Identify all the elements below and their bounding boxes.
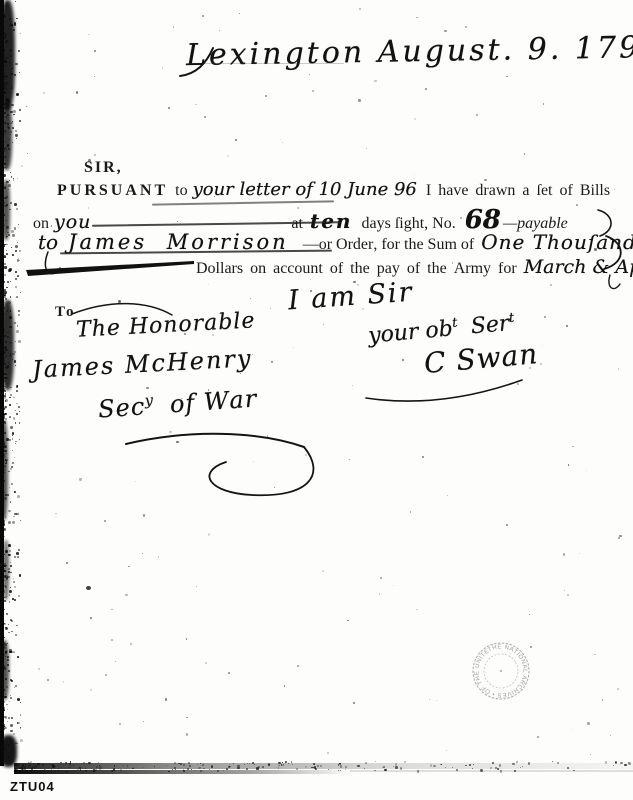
scan-speck (297, 665, 299, 667)
scan-speck (9, 590, 12, 593)
scan-speck (10, 202, 12, 204)
scan-speck (9, 416, 11, 418)
scan-edge-blob (1, 300, 14, 390)
scan-speck (173, 26, 175, 28)
scan-speck (265, 95, 267, 97)
scan-speck (19, 574, 22, 577)
scan-speck (10, 730, 13, 733)
scan-edge-blob (2, 180, 10, 240)
scan-speck (16, 403, 18, 405)
scan-speck (119, 723, 121, 725)
scan-speck (366, 148, 367, 149)
scan-speck (15, 278, 17, 280)
scan-speck (94, 50, 96, 52)
scan-speck (10, 565, 12, 567)
scan-speck (6, 613, 8, 615)
scan-speck (142, 553, 143, 554)
scan-speck (21, 165, 23, 167)
scan-speck (235, 139, 237, 141)
scan-speck (118, 300, 121, 303)
scan-speck (12, 142, 13, 143)
scan-speck (135, 481, 136, 482)
scan-edge-blob (1, 100, 12, 170)
scan-speck (88, 34, 90, 36)
scan-speck (146, 387, 148, 389)
scan-speck (9, 601, 10, 602)
scan-speck (250, 298, 251, 299)
scan-speck (4, 536, 5, 537)
scan-speck (16, 93, 19, 96)
scan-speck (17, 178, 18, 179)
scan-speck (11, 247, 12, 248)
scan-speck (204, 116, 206, 118)
scan-speck (9, 701, 10, 702)
closing-text: Ser (470, 311, 511, 339)
scan-speck (9, 550, 11, 552)
scan-speck (18, 50, 20, 52)
scan-speck (165, 698, 168, 701)
scan-speck (9, 439, 11, 441)
scan-speck (47, 679, 49, 681)
scan-speck (8, 632, 9, 633)
scan-speck (13, 397, 14, 398)
drawn-bills-text: I have drawn a ſet of Bills (426, 182, 610, 200)
scan-speck (506, 524, 508, 526)
scan-speck (66, 562, 68, 564)
scan-artifact-line (186, 63, 344, 64)
scan-speck (322, 570, 324, 572)
scan-speck (576, 204, 578, 206)
scan-speck (186, 638, 188, 640)
scan-speck (15, 422, 16, 423)
scan-speck (6, 244, 7, 245)
amount-handwritten: One Thouſand (481, 230, 633, 254)
scan-speck (16, 413, 18, 415)
scan-speck (20, 739, 23, 742)
scan-speck (19, 250, 21, 252)
scan-speck (444, 30, 447, 33)
scan-speck (19, 439, 20, 440)
scan-speck (267, 435, 268, 436)
scan-speck (111, 639, 113, 641)
scan-speck (15, 341, 16, 342)
scan-speck (327, 752, 329, 754)
scan-edge-blob (0, 640, 9, 700)
svg-text:THE NATIONAL ARCHIVES • OF THE: THE NATIONAL ARCHIVES • OF THE UNITED ST… (446, 616, 538, 724)
scan-speck (465, 26, 467, 28)
scan-speck (15, 245, 18, 248)
scan-speck (16, 552, 19, 555)
scan-speck (20, 714, 22, 716)
scan-speck (410, 511, 411, 512)
scan-speck (13, 179, 14, 180)
scan-speck (414, 174, 415, 175)
scan-speck (10, 724, 13, 727)
scan-speck (240, 373, 241, 374)
scan-speck (590, 754, 591, 755)
months-handwritten: March & April 96 (524, 256, 633, 278)
scan-speck (17, 495, 20, 498)
scan-speck (517, 383, 519, 385)
closing-i-am-sir: I am Sir (287, 277, 414, 317)
scan-speck (10, 697, 12, 699)
scan-speck (402, 359, 404, 361)
scan-speck (15, 443, 16, 444)
scan-speck (10, 468, 12, 470)
dollars-account-text: Dollars on account of the pay of the Arm… (196, 260, 517, 278)
scan-speck (5, 393, 6, 394)
scan-speck (274, 487, 275, 488)
scan-speck (564, 590, 565, 591)
scan-speck (13, 516, 14, 517)
scan-speck (352, 385, 353, 386)
scan-speck (17, 656, 19, 658)
scan-speck (14, 360, 17, 363)
scan-speck (13, 114, 15, 116)
scan-speck (359, 8, 361, 10)
scan-speck (10, 172, 11, 173)
scan-speck (543, 103, 544, 104)
scan-speck (305, 454, 307, 456)
scan-speck (602, 699, 604, 701)
scan-speck (253, 461, 255, 463)
scan-speck (10, 501, 12, 503)
scan-speck (239, 13, 240, 14)
scan-bottom-edge (14, 763, 633, 769)
scan-speck (7, 281, 9, 283)
scan-speck (572, 446, 573, 447)
scan-speck (4, 266, 6, 268)
scan-speck (425, 88, 427, 90)
scan-speck (115, 661, 116, 662)
scan-speck (619, 535, 621, 537)
scan-speck (270, 308, 271, 309)
scan-speck (14, 556, 16, 558)
scan-speck (309, 74, 310, 75)
pursuant-word: PURSUANT (57, 182, 168, 200)
scan-speck (6, 250, 7, 251)
scan-speck (375, 761, 376, 762)
scan-speck (614, 189, 615, 190)
address-sec-of-war: Secy of War (97, 384, 258, 423)
scan-speck (16, 296, 18, 298)
scan-speck (11, 620, 13, 622)
scan-speck (540, 363, 542, 365)
scan-speck (14, 227, 16, 229)
scan-speck (11, 717, 13, 719)
scan-speck (550, 284, 552, 286)
scan-speck (27, 153, 28, 154)
scan-speck (14, 687, 15, 688)
scan-speck (15, 685, 17, 687)
scan-speck (15, 286, 17, 288)
scan-speck (6, 253, 8, 255)
body-line-1: PURSUANT to your letter of 10 June 96 I … (57, 179, 610, 200)
stamp-center-dot (499, 669, 502, 672)
scan-speck (19, 109, 21, 111)
scan-speck (8, 510, 10, 512)
scan-speck (169, 431, 172, 434)
scan-speck (130, 643, 132, 645)
scan-speck (11, 631, 12, 632)
scan-speck (13, 651, 15, 653)
scan-speck (567, 594, 569, 596)
scan-speck (20, 33, 21, 34)
scan-speck (6, 287, 8, 289)
scan-speck (105, 674, 107, 676)
scan-speck (566, 325, 568, 327)
scan-speck (16, 390, 18, 392)
scan-speck (19, 411, 20, 412)
scan-speck (8, 624, 9, 625)
scan-speck (618, 537, 620, 539)
scan-speck (14, 457, 15, 458)
scan-speck (447, 495, 448, 496)
image-code-label: ZTU04 (10, 779, 55, 794)
scan-speck (9, 594, 11, 596)
scan-speck (13, 733, 15, 735)
scan-speck (9, 649, 12, 652)
scan-speck (16, 330, 19, 333)
scan-speck (374, 80, 376, 82)
scan-speck (446, 750, 447, 751)
scan-speck (353, 702, 356, 705)
scan-speck (544, 316, 546, 318)
scan-speck (10, 426, 13, 429)
scan-speck (14, 203, 17, 206)
scan-speck (4, 263, 6, 265)
scan-speck (11, 230, 13, 232)
scan-speck (15, 365, 16, 366)
heavy-dash (26, 261, 194, 276)
scan-speck (7, 709, 8, 710)
scan-speck (76, 91, 78, 93)
scan-speck (15, 1, 16, 2)
address-honorable: The Honorable (75, 308, 256, 342)
scan-speck (476, 114, 478, 116)
salutation: SIR, (84, 159, 123, 177)
scan-speck (17, 275, 19, 277)
scan-speck (219, 30, 220, 31)
to-word: to (175, 182, 187, 200)
scan-speck (94, 154, 96, 156)
scan-speck (5, 727, 7, 729)
scan-speck (12, 438, 13, 439)
scan-speck (586, 470, 587, 471)
scan-speck (18, 314, 20, 316)
scan-speck (18, 258, 19, 259)
scan-edge-blob (0, 420, 8, 520)
scan-speck (168, 107, 170, 109)
scan-speck (9, 404, 11, 406)
scan-speck (20, 702, 21, 703)
to-handwritten: to (38, 230, 58, 254)
scan-speck (5, 418, 7, 420)
scan-speck (537, 736, 539, 738)
scan-speck (12, 462, 14, 464)
scan-speck (12, 254, 14, 256)
dateline-handwritten: Lexington August. 9. 1796 (186, 30, 633, 73)
scan-speck (90, 689, 92, 691)
scan-speck (26, 106, 27, 107)
scan-speck (349, 459, 351, 461)
scan-speck (568, 464, 569, 465)
scan-edge-blob (0, 0, 15, 110)
scan-speck (128, 566, 130, 568)
scan-speck (18, 310, 20, 312)
scan-speck (196, 586, 197, 587)
scan-speck (8, 269, 11, 272)
scan-speck (594, 654, 595, 655)
scan-speck (12, 435, 13, 436)
scan-speck (7, 721, 8, 722)
scan-speck (19, 120, 22, 123)
scan-speck (12, 234, 14, 236)
scan-speck (380, 577, 382, 579)
scan-speck (618, 368, 619, 369)
scan-speck (19, 72, 20, 73)
scan-speck (506, 76, 507, 77)
scan-speck (13, 417, 15, 419)
scan-speck (14, 586, 16, 588)
scan-edge-blob (3, 540, 9, 600)
scan-speck (11, 176, 13, 178)
scan-speck (15, 634, 17, 636)
scan-speck (228, 672, 231, 675)
scan-speck (20, 292, 21, 293)
scan-speck (20, 520, 21, 521)
scan-speck (186, 717, 187, 718)
scan-speck (10, 296, 12, 298)
scan-speck (195, 104, 197, 106)
superscript-y: y (144, 393, 154, 410)
scan-speck (162, 67, 163, 68)
scan-speck (16, 208, 18, 210)
scan-speck (280, 139, 281, 140)
scan-speck (436, 700, 437, 701)
scan-speck (12, 432, 15, 435)
scan-speck (18, 595, 20, 597)
scan-speck (227, 155, 229, 157)
scan-speck (16, 513, 18, 515)
scan-speck (12, 521, 14, 523)
scan-speck (610, 735, 611, 736)
scan-speck (8, 521, 11, 524)
scan-speck (11, 483, 13, 485)
scan-speck (16, 625, 18, 627)
scan-speck (271, 361, 273, 363)
scan-speck (18, 340, 21, 343)
scan-speck (9, 180, 10, 181)
scan-speck (12, 450, 13, 451)
scan-speck (5, 400, 6, 401)
scan-speck (524, 153, 525, 154)
scan-speck (143, 514, 145, 516)
scan-speck (358, 99, 360, 101)
scan-speck (15, 250, 17, 252)
scan-speck (158, 556, 159, 557)
scan-speck (587, 722, 590, 725)
closing-text: your ob (367, 316, 454, 348)
scan-speck (63, 681, 65, 683)
scan-speck (15, 441, 16, 442)
scan-speck (17, 743, 18, 744)
scan-speck (208, 533, 210, 535)
scan-speck (379, 593, 380, 594)
scan-speck (282, 142, 283, 143)
scan-speck (14, 491, 15, 492)
scan-speck (529, 614, 530, 615)
scan-speck (4, 291, 7, 294)
scan-speck (20, 727, 21, 728)
scan-speck (205, 662, 207, 664)
scan-speck (10, 281, 11, 282)
scan-speck (202, 15, 204, 17)
scan-speck (13, 178, 14, 179)
scan-speck (416, 609, 418, 611)
scan-speck (86, 586, 91, 590)
scan-speck (90, 617, 92, 619)
scan-speck (111, 609, 112, 610)
signature-c-swan: C Swan (423, 337, 540, 380)
scan-speck (15, 134, 17, 136)
address-text: Sec (97, 392, 146, 423)
scan-speck (422, 456, 423, 457)
scan-speck (9, 487, 10, 488)
scan-speck (79, 478, 81, 480)
address-text: of War (169, 384, 258, 418)
scan-speck (6, 704, 8, 706)
scan-speck (16, 18, 18, 20)
scan-speck (16, 138, 17, 139)
scan-speck (15, 130, 17, 132)
scan-speck (4, 637, 5, 638)
scan-speck (15, 63, 17, 65)
scan-speck (13, 578, 14, 579)
scan-speck (10, 572, 11, 573)
scan-speck (17, 242, 18, 243)
body-line-4: Dollars on account of the pay of the Arm… (196, 256, 633, 278)
scan-speck (15, 271, 17, 273)
scan-speck (542, 345, 543, 346)
archives-stamp: THE NATIONAL ARCHIVES • OF THE UNITED ST… (446, 616, 556, 726)
scan-speck (310, 279, 311, 280)
scan-speck (18, 224, 19, 225)
scan-speck (8, 471, 10, 473)
address-james-mchenry: James McHenry (31, 344, 253, 384)
scan-speck (416, 17, 418, 19)
scan-speck (43, 92, 45, 94)
scan-speck (456, 396, 458, 398)
scan-speck (38, 668, 41, 671)
scan-speck (5, 406, 7, 408)
scan-speck (176, 441, 178, 443)
scan-speck (563, 553, 565, 555)
scan-speck (12, 127, 15, 130)
scan-speck (312, 90, 314, 92)
scan-speck (293, 347, 294, 348)
scan-speck (284, 685, 285, 686)
scan-speck (10, 562, 11, 563)
scan-speck (15, 410, 16, 411)
scan-speck (125, 594, 127, 596)
body-line-3: to James Morrison —or Order, for the Sum… (38, 230, 633, 254)
stamp-text: THE NATIONAL ARCHIVES • OF THE UNITED ST… (446, 616, 538, 724)
scan-speck (393, 585, 394, 586)
scanned-letter-page: Lexington August. 9. 1796 SIR, PURSUANT … (0, 0, 633, 800)
letter-date-handwritten: your letter of 10 June 96 (193, 179, 417, 200)
scan-speck (94, 76, 95, 77)
